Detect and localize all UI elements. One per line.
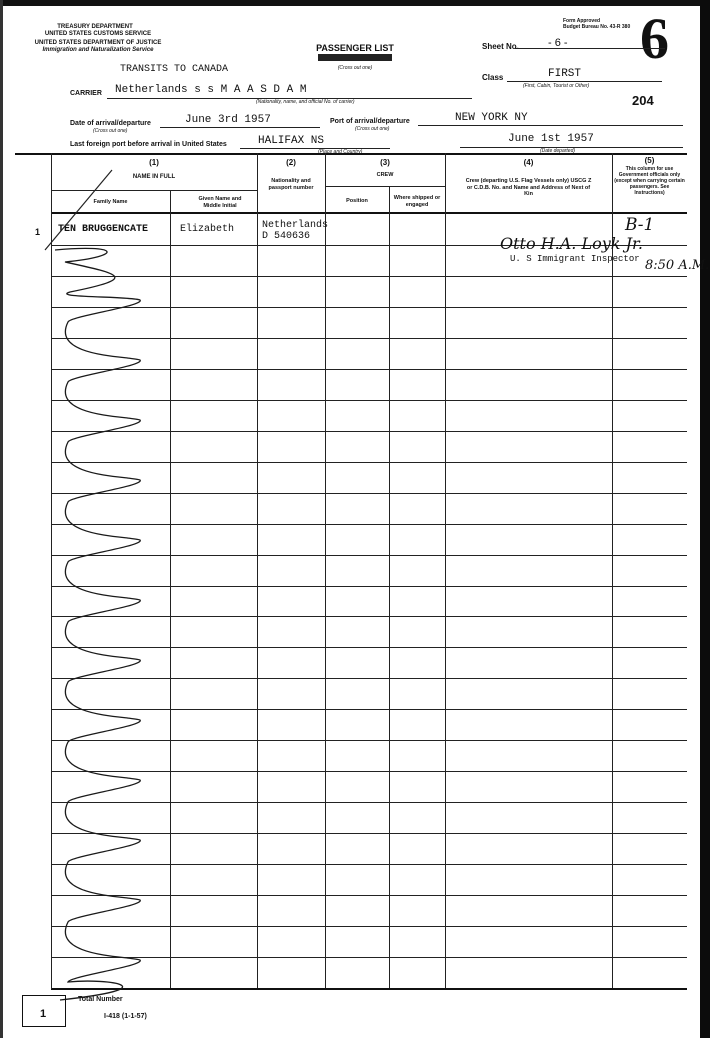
total-number-label: Total Number [78, 996, 123, 1003]
diagonal-strike [45, 170, 112, 250]
cancellation-scribble [0, 0, 710, 1038]
zigzag-scribble [55, 248, 140, 1000]
form-number: I-418 (1-1-57) [104, 1013, 147, 1020]
total-number-value: 1 [22, 1008, 64, 1020]
